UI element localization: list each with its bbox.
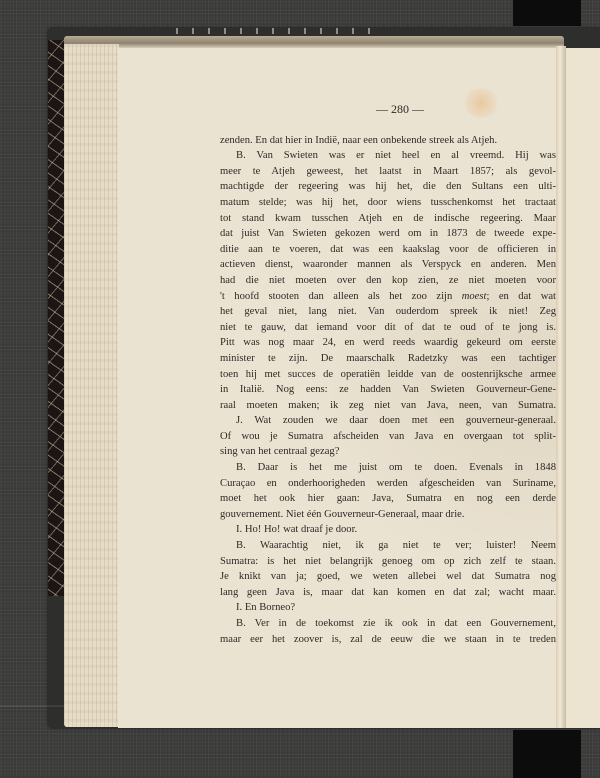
text-line-content: Sumatra: is het niet belangrijk genoeg o…	[220, 556, 556, 567]
text-line-content: I. Ho! Ho! wat draaf je door.	[236, 524, 357, 535]
text-line-content: toen hij met succes de operatiën leidde …	[220, 369, 556, 380]
text-line: machtigde der regeering was hij het, die…	[220, 179, 556, 195]
text-line: het geval niet, lang niet. Van ouderdom …	[220, 304, 556, 320]
text-line-content: actieven dienst, waaronder mannen als Ve…	[220, 259, 556, 270]
text-line: Of wou je Sumatra afscheiden van Java en…	[220, 429, 556, 445]
text-line-content: machtigde der regeering was hij het, die…	[220, 181, 556, 192]
text-line: niet te gauw, dat iemand voor dit of dat…	[220, 320, 556, 336]
text-line: B. Van Swieten was er niet heel en al vr…	[220, 148, 556, 164]
page-number: — 280 —	[220, 102, 556, 118]
text-line: B. Daar is het me juist om te doen. Even…	[220, 460, 556, 476]
text-line: J. Wat zouden we daar doen met een gouve…	[220, 413, 556, 429]
text-line-content: in Italië. Nog eens: ze hadden Van Swiet…	[220, 384, 556, 395]
gap-shadow-bottom	[513, 730, 581, 778]
text-line-content: Of wou je Sumatra afscheiden van Java en…	[220, 431, 556, 442]
text-line-content: maar eer het zoover is, zal de eeuw die …	[220, 634, 556, 645]
text-line: lang geen Java is, maar dat kan komen en…	[220, 585, 556, 601]
text-line-content: sing van het centraal gezag?	[220, 446, 339, 457]
text-line-content: matum stelde; was hij het, door wiens tu…	[220, 197, 556, 208]
text-line-content: het geval niet, lang niet. Van ouderdom …	[220, 306, 556, 317]
text-line-content: J. Wat zouden we daar doen met een gouve…	[236, 415, 556, 426]
text-line-continuation: ; en dat wat	[486, 291, 556, 302]
page-stack-edge	[64, 44, 119, 727]
text-line: 't hoofd stooten dan alleen als het zoo …	[220, 289, 556, 305]
text-line-content: zenden. En dat hier in Indië, naar een o…	[220, 135, 497, 146]
page-gutter	[556, 46, 566, 728]
text-line: I. Ho! Ho! wat draaf je door.	[220, 522, 556, 538]
text-line: I. En Borneo?	[220, 600, 556, 616]
text-line: Curaçao en onderhoorigheden werden afges…	[220, 476, 556, 492]
text-line-content: dat juist Van Swieten gekozen werd om in…	[220, 228, 556, 239]
text-line-content: minister te zijn. De maarschalk Radetzky…	[220, 353, 556, 364]
text-line: raal moeten maken; ik zeg niet van Java,…	[220, 398, 556, 414]
text-line-content: 't hoofd stooten dan alleen als het zoo …	[220, 291, 462, 302]
text-line-content: raal moeten maken; ik zeg niet van Java,…	[220, 400, 556, 411]
page-block-top-edge	[64, 36, 564, 48]
text-line: Sumatra: is het niet belangrijk genoeg o…	[220, 554, 556, 570]
text-line: sing van het centraal gezag?	[220, 444, 556, 460]
text-line: had die niet moeten over den kop zien, z…	[220, 273, 556, 289]
marbled-top-edge	[170, 28, 370, 34]
text-line: ditie aan te voeren, dat was een kaaksla…	[220, 242, 556, 258]
text-line: toen hij met succes de operatiën leidde …	[220, 367, 556, 383]
text-line-content: Pitt was nog maar 24, en werd reeds waar…	[220, 337, 556, 348]
text-line: zenden. En dat hier in Indië, naar een o…	[220, 133, 556, 149]
text-line: gouvernement. Niet één Gouverneur-Genera…	[220, 507, 556, 523]
text-lines: zenden. En dat hier in Indië, naar een o…	[220, 133, 556, 648]
text-line: matum stelde; was hij het, door wiens tu…	[220, 195, 556, 211]
text-line: meer te Atjeh geweest, het laatst in Maa…	[220, 164, 556, 180]
text-line: Pitt was nog maar 24, en werd reeds waar…	[220, 335, 556, 351]
text-line: actieven dienst, waaronder mannen als Ve…	[220, 257, 556, 273]
gap-shadow-top	[513, 0, 581, 26]
text-line-content: moet het ook hier gaan: Java, Sumatra en…	[220, 493, 556, 504]
text-line-content: gouvernement. Niet één Gouverneur-Genera…	[220, 509, 465, 520]
text-line: B. Waarachtig niet, ik ga niet te ver; l…	[220, 538, 556, 554]
text-line-content: I. En Borneo?	[236, 602, 295, 613]
page-text: — 280 — zenden. En dat hier in Indië, na…	[220, 102, 556, 647]
text-line: Je knikt van ja; goed, we weten allebei …	[220, 569, 556, 585]
text-line-content: niet te gauw, dat iemand voor dit of dat…	[220, 322, 556, 333]
text-line-content: lang geen Java is, maar dat kan komen en…	[220, 587, 556, 598]
text-line-content: Je knikt van ja; goed, we weten allebei …	[220, 571, 556, 582]
text-line-content: B. Waarachtig niet, ik ga niet te ver; l…	[236, 540, 556, 551]
text-line-content: tot stand kwam tusschen Atjeh en de indi…	[220, 213, 556, 224]
text-line: B. Ver in de toekomst zie ik ook in dat …	[220, 616, 556, 632]
text-line-content: B. Daar is het me juist om te doen. Even…	[236, 462, 556, 473]
text-line-content: had die niet moeten over den kop zien, z…	[220, 275, 556, 286]
text-line: tot stand kwam tusschen Atjeh en de indi…	[220, 211, 556, 227]
text-line-content: Curaçao en onderhoorigheden werden afges…	[220, 478, 556, 489]
text-line: maar eer het zoover is, zal de eeuw die …	[220, 632, 556, 648]
text-line: in Italië. Nog eens: ze hadden Van Swiet…	[220, 382, 556, 398]
text-line-content: meer te Atjeh geweest, het laatst in Maa…	[220, 166, 556, 177]
text-line: minister te zijn. De maarschalk Radetzky…	[220, 351, 556, 367]
text-line-content: B. Van Swieten was er niet heel en al vr…	[236, 150, 556, 161]
text-line-content: ditie aan te voeren, dat was een kaaksla…	[220, 244, 556, 255]
text-line: moet het ook hier gaan: Java, Sumatra en…	[220, 491, 556, 507]
facing-page	[566, 48, 600, 728]
text-line-content: B. Ver in de toekomst zie ik ook in dat …	[236, 618, 556, 629]
text-line: dat juist Van Swieten gekozen werd om in…	[220, 226, 556, 242]
marbled-endpaper-edge	[48, 40, 64, 596]
emphasis: moest	[462, 291, 487, 302]
